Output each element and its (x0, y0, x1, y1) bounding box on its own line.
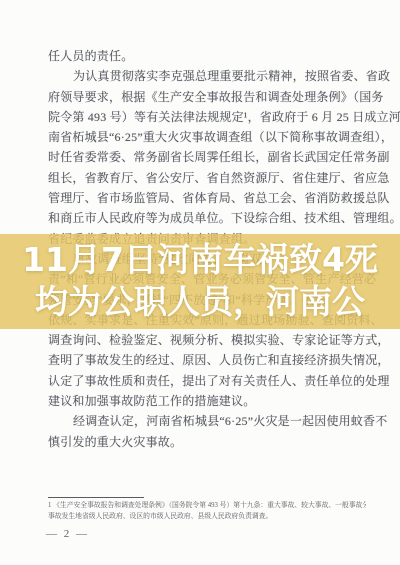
document-line: 为认真贯彻落实李克强总理重要批示精神，按照省委、省政 (48, 66, 382, 86)
document-line: 和商丘市人民政府等为成员单位。下设综合组、技术组、管理组。 (48, 208, 382, 228)
document-line: 任人员的责任。 (48, 46, 382, 66)
document-line: 管理厅、省市场监管局、省体育局、省总工会、省消防救援总队 (48, 188, 382, 208)
document-line: 组长，省教育厅、省公安厅、省自然资源厅、省住建厅、省应急 (48, 168, 382, 188)
document-line: 慎引发的重大火灾事故。 (48, 432, 382, 452)
page-number: — 2 — (46, 528, 89, 540)
footnote: 1 《生产安全事故报告和调查处理条例》（国务院令第 493 号）第十九条：重大事… (48, 501, 366, 522)
headline-line-1: 11月7日河南车祸致4死 (22, 243, 378, 278)
footnote-line-2: 事故发生地省级人民政府、设区的市级人民政府、县级人民政府负责调查。 (48, 512, 366, 523)
document-line: 时任省委常委、常务副省长周霁任组长，副省长武国定任常务副 (48, 147, 382, 167)
document-line: 建议和加强事故防范工作的措施建议。 (48, 391, 382, 411)
footnote-line-1: 1 《生产安全事故报告和调查处理条例》（国务院令第 493 号）第十九条：重大事… (48, 501, 366, 512)
document-line: 南省柘城县“6·25”重大火灾事故调查组（以下简称事故调查组）， (48, 127, 382, 147)
document-line: 查明了事故发生的经过、原因、人员伤亡和直接经济损失情况， (48, 350, 382, 370)
document-line: 调查询问、检验鉴定、视频分析、模拟实验、专家论证等方式， (48, 330, 382, 350)
document-page: 任人员的责任。为认真贯彻落实李克强总理重要批示精神，按照省委、省政府领导要求，根… (0, 0, 400, 565)
document-line: 经调查认定，河南省柘城县“6·25”火灾是一起因使用蚊香不 (48, 411, 382, 431)
headline-banner: 11月7日河南车祸致4死 均为公职人员，河南公 (0, 234, 400, 329)
document-line: 认定了事故性质和责任，提出了对有关责任人、责任单位的处理 (48, 371, 382, 391)
headline-line-2: 均为公职人员，河南公 (35, 285, 365, 320)
footnote-divider (48, 497, 144, 498)
document-line: 府领导要求，根据《生产安全事故报告和调查处理条例》（国务 (48, 87, 382, 107)
document-line: 院令第 493 号）等有关法律法规规定¹，省政府于 6 月 25 日成立河 (48, 107, 382, 127)
